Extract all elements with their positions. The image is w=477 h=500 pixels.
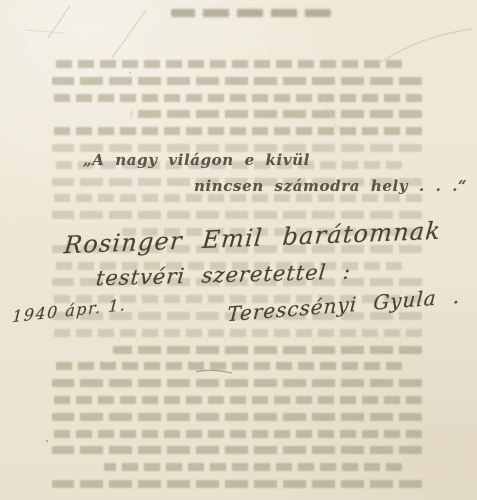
bleedthrough-line (52, 379, 422, 387)
bleedthrough-line (52, 430, 422, 438)
printed-quote-line-1: „A nagy világon e kivül (83, 151, 310, 169)
bleedthrough-line (113, 346, 422, 354)
bleedthrough-line (131, 110, 422, 118)
bleedthrough-line (52, 60, 402, 68)
printed-quote-line-2: nincsen számodra hely . . .“ (194, 177, 467, 195)
bleedthrough-line (52, 329, 422, 337)
bleedthrough-line (52, 446, 422, 454)
bleedthrough-line (52, 194, 422, 202)
bleedthrough-heading (171, 9, 331, 17)
bleedthrough-line (52, 94, 422, 102)
bleedthrough-line (52, 413, 422, 421)
bleedthrough-line (52, 127, 422, 135)
bleedthrough-line (52, 211, 422, 219)
scanned-book-page: „A nagy világon e kivül nincsen számodra… (0, 0, 477, 500)
bleedthrough-line (52, 77, 422, 85)
bleedthrough-line (52, 396, 422, 404)
bleedthrough-line (52, 480, 422, 488)
bleedthrough-line (104, 463, 402, 471)
bleedthrough-line (52, 362, 402, 370)
